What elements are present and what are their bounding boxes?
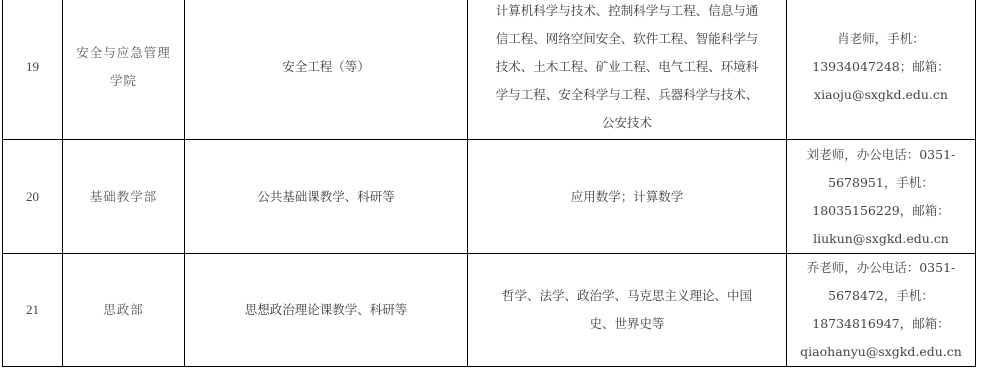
table-row: 21 思政部 思想政治理论课教学、科研等 哲学、法学、政治学、马克思主义理论、中… [3, 254, 976, 367]
department-line: 学院 [69, 67, 178, 95]
majors-cell: 哲学、法学、政治学、马克思主义理论、中国 史、世界史等 [468, 254, 787, 367]
row-index: 20 [3, 140, 63, 254]
contact-email[interactable]: xiaoju@sxgkd.edu.cn [793, 81, 969, 109]
majors-line: 哲学、法学、政治学、马克思主义理论、中国 [474, 282, 780, 310]
majors-line: 信工程、网络空间安全、软件工程、智能科学与 [474, 25, 780, 53]
majors-line: 技术、土木工程、矿业工程、电气工程、环境科 [474, 53, 780, 81]
contact-cell: 刘老师，办公电话：0351- 5678951，手机： 18035156229，邮… [787, 140, 976, 254]
contact-line: 5678951，手机： [793, 169, 969, 197]
contact-line: 乔老师，办公电话：0351- [793, 254, 969, 282]
contact-line: 18734816947，邮箱： [793, 310, 969, 338]
row-index: 19 [3, 0, 63, 140]
contact-line: 18035156229，邮箱： [793, 197, 969, 225]
row-index: 21 [3, 254, 63, 367]
contact-line: 刘老师，办公电话：0351- [793, 141, 969, 169]
table-row: 20 基础教学部 公共基础课教学、科研等 应用数学；计算数学 刘老师，办公电话：… [3, 140, 976, 254]
contact-line: 13934047248；邮箱： [793, 53, 969, 81]
table-row: 19 安全与应急管理 学院 安全工程（等） 计算机科学与技术、控制科学与工程、信… [3, 0, 976, 140]
contact-email[interactable]: qiaohanyu@sxgkd.edu.cn [793, 338, 969, 366]
duty-cell: 思想政治理论课教学、科研等 [185, 254, 468, 367]
recruitment-table: 19 安全与应急管理 学院 安全工程（等） 计算机科学与技术、控制科学与工程、信… [2, 0, 976, 367]
majors-cell: 应用数学；计算数学 [468, 140, 787, 254]
contact-email[interactable]: liukun@sxgkd.edu.cn [793, 225, 969, 253]
contact-line: 5678472，手机： [793, 282, 969, 310]
majors-line: 计算机科学与技术、控制科学与工程、信息与通 [474, 0, 780, 25]
majors-line: 史、世界史等 [474, 310, 780, 338]
majors-cell: 计算机科学与技术、控制科学与工程、信息与通 信工程、网络空间安全、软件工程、智能… [468, 0, 787, 140]
contact-cell: 乔老师，办公电话：0351- 5678472，手机： 18734816947，邮… [787, 254, 976, 367]
contact-line: 肖老师，手机： [793, 25, 969, 53]
duty-cell: 公共基础课教学、科研等 [185, 140, 468, 254]
duty-cell: 安全工程（等） [185, 0, 468, 140]
table-wrapper: 19 安全与应急管理 学院 安全工程（等） 计算机科学与技术、控制科学与工程、信… [2, 0, 976, 367]
department-cell: 基础教学部 [63, 140, 185, 254]
department-line: 基础教学部 [69, 183, 178, 211]
department-cell: 安全与应急管理 学院 [63, 0, 185, 140]
department-line: 安全与应急管理 [69, 39, 178, 67]
majors-line: 学与工程、安全科学与工程、兵器科学与技术、 [474, 81, 780, 109]
contact-cell: 肖老师，手机： 13934047248；邮箱： xiaoju@sxgkd.edu… [787, 0, 976, 140]
department-cell: 思政部 [63, 254, 185, 367]
majors-line: 应用数学；计算数学 [474, 183, 780, 211]
department-line: 思政部 [69, 296, 178, 324]
majors-line: 公安技术 [474, 109, 780, 137]
